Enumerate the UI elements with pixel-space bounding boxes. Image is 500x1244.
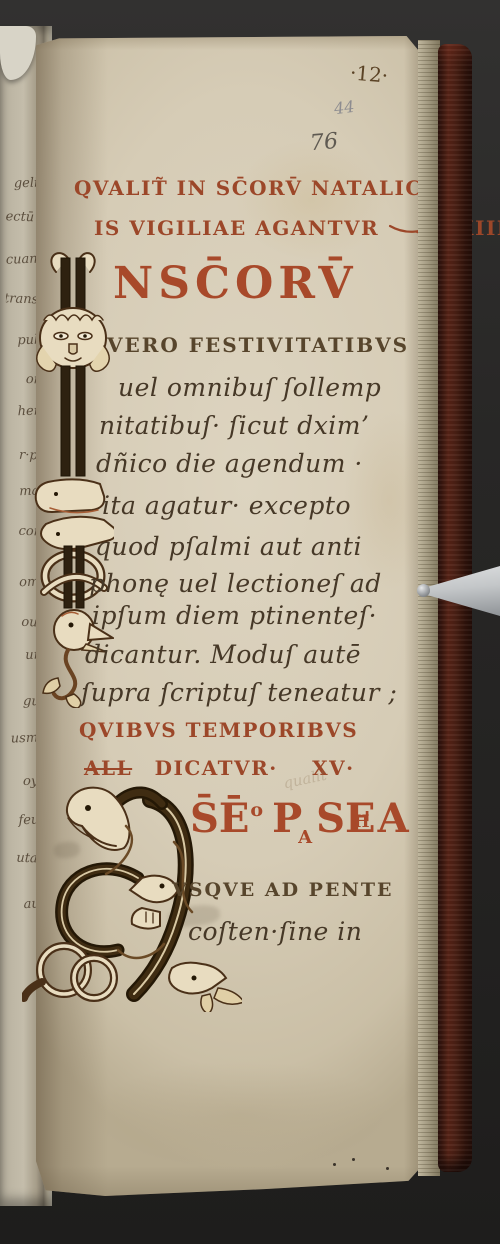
rubric-chapter15-line1: QVIBVS TEMPORIBVS — [79, 718, 358, 742]
rubric-chapter14-line2-text: IS VIGILIAE AGANTVR — [94, 216, 379, 240]
book-fore-edge — [418, 40, 440, 1176]
caps-line-festivitatibus: VERO FESTIVITATIBVS — [107, 333, 409, 357]
body-line: dñico die agendum · — [96, 449, 363, 478]
pencil-folio-number: 76 — [309, 129, 339, 156]
alleluia-abbreviation: ALL — [84, 756, 132, 780]
ink-speck — [352, 1158, 355, 1161]
caps-line-usque: VSQVE AD PENTE — [172, 879, 393, 901]
body-line: phonę uel lectioneſ ad — [89, 569, 382, 598]
pascha-seg: S — [316, 795, 345, 842]
pencil-number-top: 44 — [333, 97, 356, 118]
body-line: ipſum diem ptinenteſ· — [92, 601, 377, 630]
ink-speck — [333, 1163, 336, 1166]
pascha-seg: A — [378, 795, 409, 842]
rubric-chapter15-line2-text: DICATVR· — [155, 756, 278, 780]
body-line: nitatibuſ· ſicut dxim’ — [99, 411, 369, 440]
ink-speck — [386, 1167, 389, 1170]
ink-folio-number: ·12· — [349, 60, 389, 87]
pascha-seg-small: H — [354, 812, 370, 832]
rubric-chapter14-line1: QVALIT̃ IN SC̄ORV̄ NATALICI — [74, 176, 434, 200]
pascha-seg-small: A — [298, 827, 312, 848]
body-line: ſupra ſcriptuſ teneatur ; — [81, 678, 397, 707]
pascha-seg-small: o — [250, 799, 263, 821]
manuscript-photo: geliolectū ēcuanutransepuloomhemr·ppmasc… — [0, 0, 500, 1244]
pascha-seg: S̄Ē — [190, 795, 249, 842]
body-line: uel omnibuſ ſollemp — [118, 373, 381, 402]
page-pointer-tip — [417, 584, 430, 597]
body-line-costen: coſten·ſine in — [188, 917, 362, 946]
body-line: ita agatur· excepto — [102, 491, 351, 520]
incipit-display-text: NSC̄ORV̄ — [113, 258, 357, 309]
body-line: dicantur. Moduſ autē — [85, 640, 361, 669]
book-binding — [438, 44, 472, 1172]
display-text-sco-pascha: S̄ĒoPASEHA — [190, 795, 409, 842]
parchment-stain — [90, 1060, 390, 1170]
body-line: quod pſalmi aut anti — [95, 532, 362, 561]
parchment-stain — [236, 140, 386, 260]
